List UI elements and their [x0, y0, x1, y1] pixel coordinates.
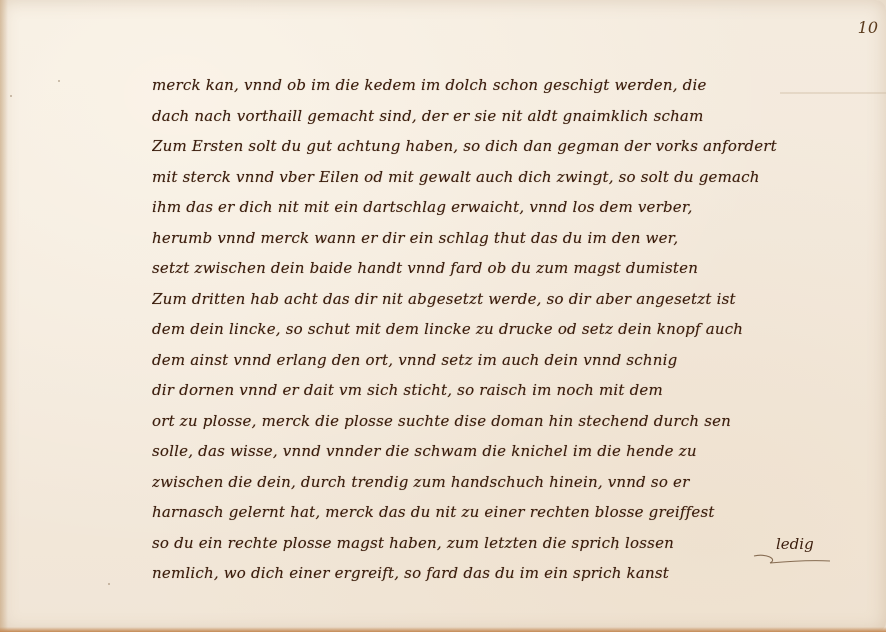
text-line: setzt zwischen dein baide handt vnnd far…	[152, 253, 832, 284]
text-line: merck kan, vnnd ob im die kedem im dolch…	[152, 70, 832, 101]
text-line: dir dornen vnnd er dait vm sich sticht, …	[152, 375, 832, 406]
text-line: zwischen die dein, durch trendig zum han…	[152, 467, 832, 498]
paper-speck	[10, 95, 12, 97]
page-bottom-edge	[0, 627, 886, 632]
paper-speck	[58, 80, 60, 82]
text-line: nemlich, wo dich einer ergreift, so fard…	[152, 558, 832, 589]
text-line: Zum dritten hab acht das dir nit abgeset…	[152, 284, 832, 315]
page-left-edge	[0, 0, 8, 632]
text-line: dach nach vorthaill gemacht sind, der er…	[152, 101, 832, 132]
text-line: ihm das er dich nit mit ein dartschlag e…	[152, 192, 832, 223]
closing-word: ledig	[776, 535, 814, 553]
flourish-icon	[752, 553, 832, 565]
text-line: mit sterck vnnd vber Eilen od mit gewalt…	[152, 162, 832, 193]
text-line: Zum Ersten solt du gut achtung haben, so…	[152, 131, 832, 162]
handwritten-text-block: merck kan, vnnd ob im die kedem im dolch…	[152, 70, 832, 589]
text-line: herumb vnnd merck wann er dir ein schlag…	[152, 223, 832, 254]
text-line: ort zu plosse, merck die plosse suchte d…	[152, 406, 832, 437]
text-line: solle, das wisse, vnnd vnnder die schwam…	[152, 436, 832, 467]
text-line: dem dein lincke, so schut mit dem lincke…	[152, 314, 832, 345]
manuscript-page: 10 merck kan, vnnd ob im die kedem im do…	[0, 0, 886, 632]
text-line: harnasch gelernt hat, merck das du nit z…	[152, 497, 832, 528]
paper-speck	[615, 548, 617, 550]
paper-speck	[108, 583, 110, 585]
folio-number: 10	[858, 18, 878, 37]
text-line: dem ainst vnnd erlang den ort, vnnd setz…	[152, 345, 832, 376]
text-line: so du ein rechte plosse magst haben, zum…	[152, 528, 832, 559]
